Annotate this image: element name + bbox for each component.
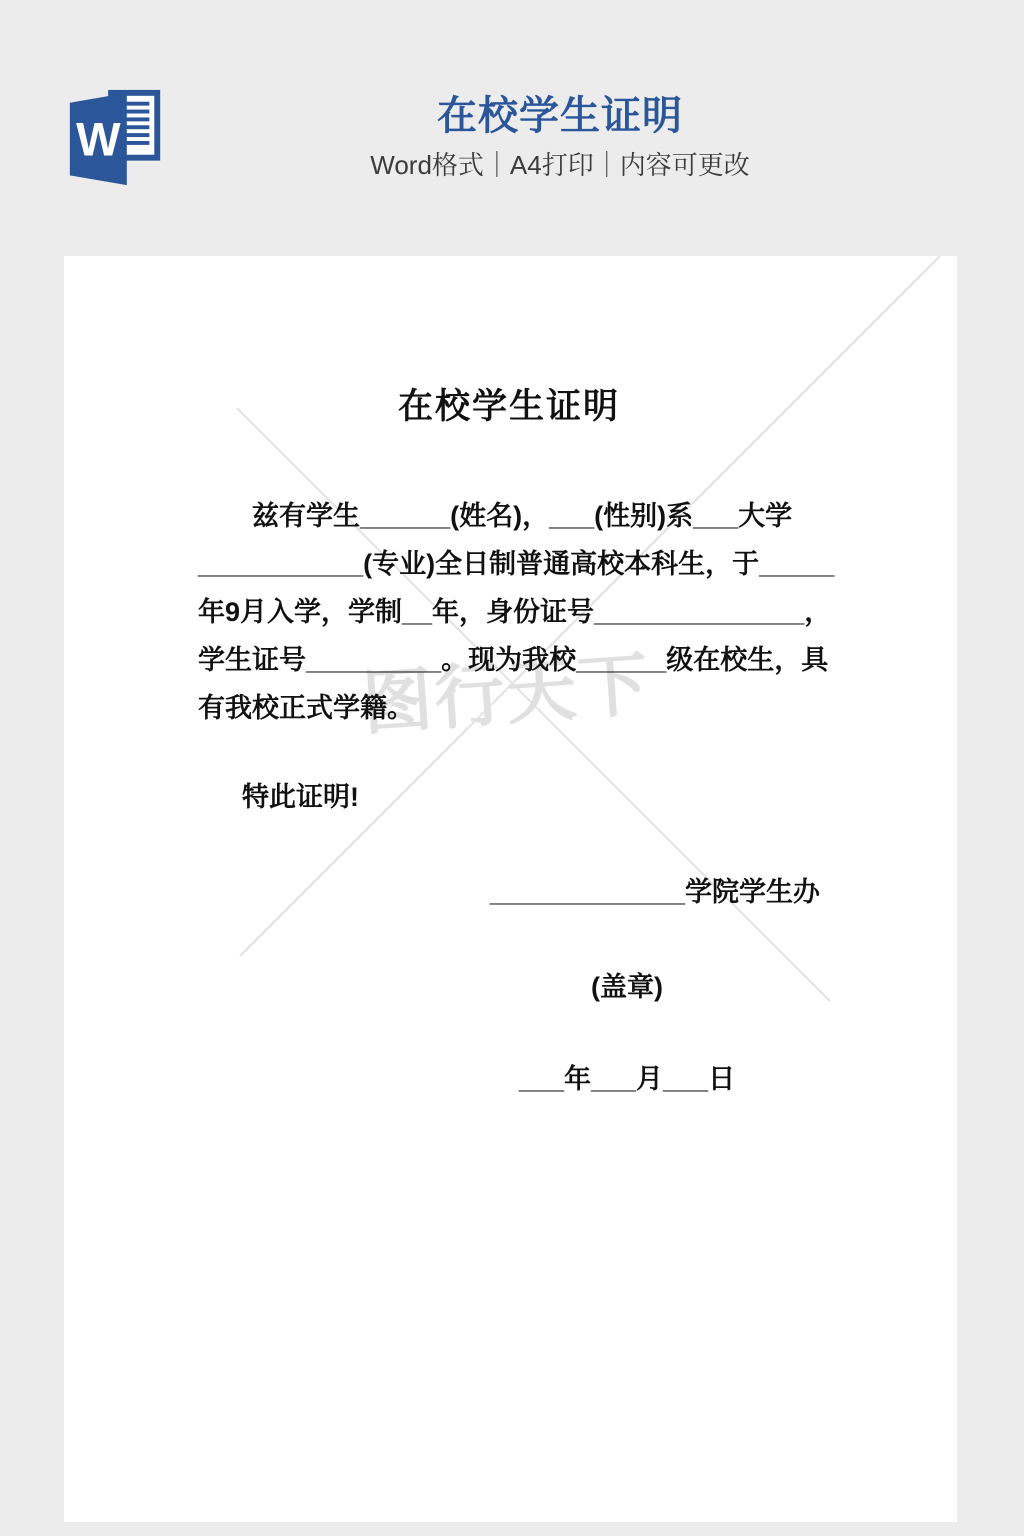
- paragraph-line: 年9月入学，学制__年，身份证号______________，: [198, 588, 820, 636]
- header: 在校学生证明 Word格式｜A4打印｜内容可更改: [120, 92, 1000, 180]
- svg-text:W: W: [76, 113, 121, 166]
- closing-line: 特此证明!: [198, 773, 820, 821]
- certificate-paragraph: 兹有学生______(姓名)，___(性别)系___大学 ___________…: [198, 492, 820, 732]
- document-title: 在校学生证明: [198, 383, 820, 431]
- seal-line: (盖章): [198, 963, 820, 1011]
- document-content: 在校学生证明 兹有学生______(姓名)，___(性别)系___大学 ____…: [64, 256, 957, 1103]
- paragraph-line: 兹有学生______(姓名)，___(性别)系___大学: [198, 492, 820, 540]
- paragraph-line: 有我校正式学籍。: [198, 684, 820, 732]
- paragraph-line: ___________(专业)全日制普通高校本科生，于_____: [198, 540, 820, 588]
- document-page: 图行天下 在校学生证明 兹有学生______(姓名)，___(性别)系___大学…: [64, 256, 957, 1522]
- signature-line: _____________学院学生办: [198, 868, 820, 916]
- date-line: ___年___月___日: [198, 1055, 820, 1103]
- paragraph-line: 学生证号_________。现为我校______级在校生，具: [198, 636, 820, 684]
- page-subtitle: Word格式｜A4打印｜内容可更改: [120, 150, 1000, 180]
- page-title: 在校学生证明: [120, 92, 1000, 140]
